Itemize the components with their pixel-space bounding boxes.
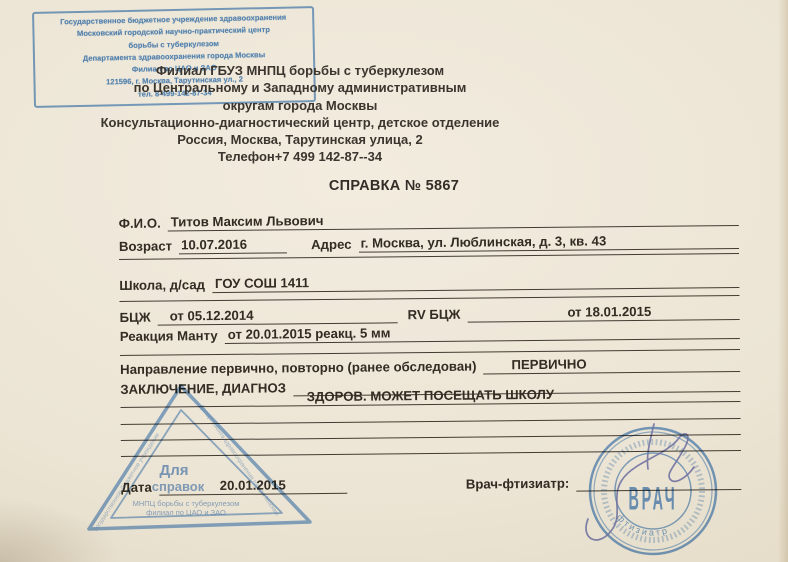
age-value: 10.07.2016 <box>179 236 287 254</box>
letterhead-line: по Центральному и Западному администрати… <box>40 79 560 96</box>
letterhead-line: Филиал ГБУЗ МНПЦ борьбы с туберкулезом <box>40 62 560 79</box>
triangle-stamp-text: филиал по ЦАО и ЗАО <box>146 508 226 517</box>
letterhead-line: Телефон+7 499 142-87--34 <box>40 148 560 165</box>
letterhead: Филиал ГБУЗ МНПЦ борьбы с туберкулезом п… <box>40 62 560 166</box>
doctor-round-stamp: ВРАЧ фтизиатр <box>583 421 723 561</box>
age-address-row: Возраст 10.07.2016 Адрес г. Москва, ул. … <box>119 227 739 255</box>
scanned-certificate-page: Государственное бюджетное учреждение здр… <box>0 0 788 562</box>
fio-label: Ф.И.О. <box>119 216 168 232</box>
address-label: Адрес <box>311 237 359 253</box>
mantoux-label: Реакция Манту <box>120 328 225 345</box>
date-label: Дата <box>121 480 159 496</box>
date-value: 20.01.2015 <box>159 477 347 496</box>
doctor-label: Врач-фтизиатр: <box>466 476 577 493</box>
round-stamp-center-text: ВРАЧ <box>629 481 678 517</box>
letterhead-line: Россия, Москва, Тарутинская улица, 2 <box>40 131 560 148</box>
mantoux-row: Реакция Манту от 20.01.2015 реакц. 5 мм <box>120 317 740 345</box>
page-title: СПРАВКА № 5867 <box>0 178 788 194</box>
mantoux-value: от 20.01.2015 реакц. 5 мм <box>225 322 740 344</box>
conclusion-value-row: ЗДОРОВ. МОЖЕТ ПОСЕЩАТЬ ШКОЛУ <box>120 388 740 408</box>
letterhead-line: округам города Москвы <box>40 97 560 114</box>
school-label: Школа, д/сад <box>119 277 212 294</box>
address-value: г. Москва, ул. Люблинская, д. 3, кв. 43 <box>358 232 739 253</box>
school-row: Школа, д/сад ГОУ СОШ 1411 <box>119 265 739 294</box>
letterhead-line: Консультационно-диагностический центр, д… <box>40 114 560 131</box>
school-value: ГОУ СОШ 1411 <box>212 271 739 293</box>
age-label: Возраст <box>119 238 179 255</box>
